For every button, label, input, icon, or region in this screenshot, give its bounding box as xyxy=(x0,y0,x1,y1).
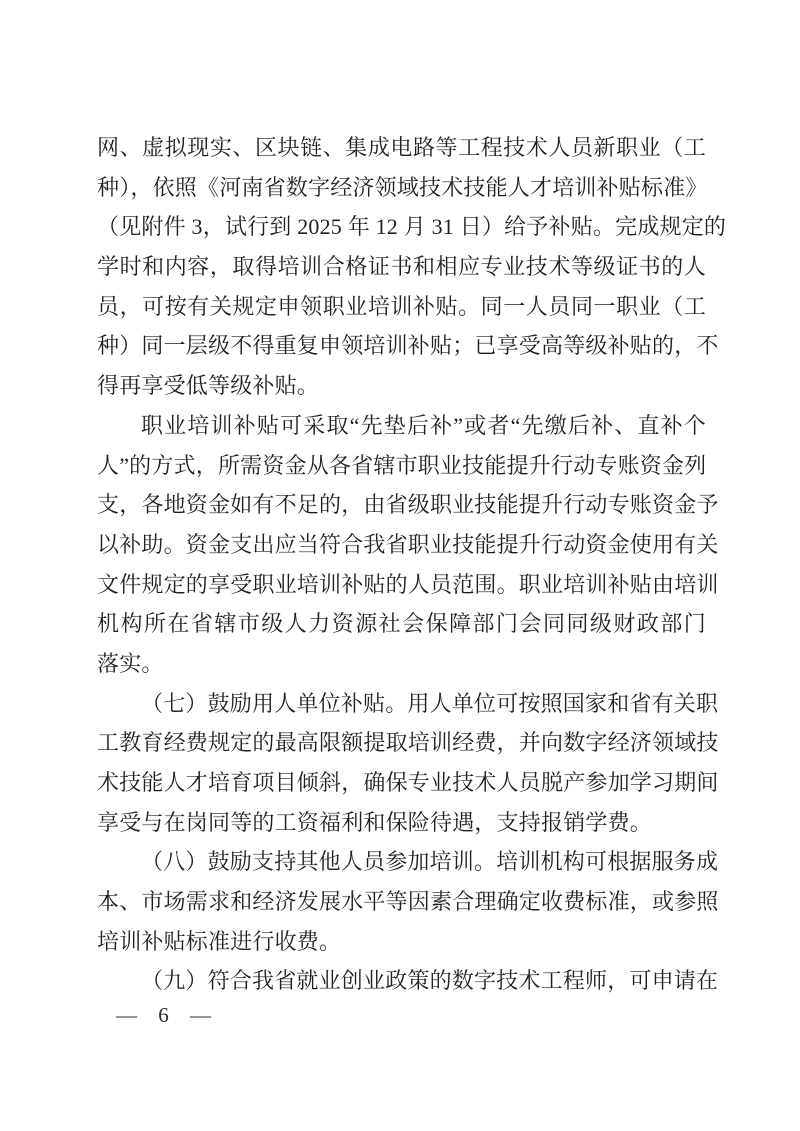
text-line: 本、市场需求和经济发展水平等因素合理确定收费标准，或参照 xyxy=(97,882,706,922)
text-line: 术技能人才培育项目倾斜，确保专业技术人员脱产参加学习期间 xyxy=(97,763,706,803)
paragraph: 网、虚拟现实、区块链、集成电路等工程技术人员新职业（工 种），依照《河南省数字经… xyxy=(97,128,706,406)
text-line: 文件规定的享受职业培训补贴的人员范围。职业培训补贴由培训 xyxy=(97,565,706,605)
page-number: — 6 — xyxy=(116,1002,213,1028)
text-line: 以补助。资金支出应当符合我省职业技能提升行动资金使用有关 xyxy=(97,525,706,565)
document-body: 网、虚拟现实、区块链、集成电路等工程技术人员新职业（工 种），依照《河南省数字经… xyxy=(97,128,706,1001)
text-line: （八）鼓励支持其他人员参加培训。培训机构可根据服务成 xyxy=(97,842,706,882)
text-line: （九）符合我省就业创业政策的数字技术工程师，可申请在 xyxy=(97,961,706,1001)
text-line: 种），依照《河南省数字经济领域技术技能人才培训补贴标准》 xyxy=(97,168,706,208)
text-line: 培训补贴标准进行收费。 xyxy=(97,922,706,962)
text-line: （见附件 3，试行到 2025 年 12 月 31 日）给予补贴。完成规定的 xyxy=(97,207,706,247)
text-line: （七）鼓励用人单位补贴。用人单位可按照国家和省有关职 xyxy=(97,684,706,724)
text-line: 员，可按有关规定申领职业培训补贴。同一人员同一职业（工 xyxy=(97,287,706,327)
paragraph: （七）鼓励用人单位补贴。用人单位可按照国家和省有关职 工教育经费规定的最高限额提… xyxy=(97,684,706,843)
paragraph: （八）鼓励支持其他人员参加培训。培训机构可根据服务成 本、市场需求和经济发展水平… xyxy=(97,842,706,961)
paragraph: （九）符合我省就业创业政策的数字技术工程师，可申请在 xyxy=(97,961,706,1001)
text-line: 种）同一层级不得重复申领培训补贴；已享受高等级补贴的，不 xyxy=(97,326,706,366)
text-line: 工教育经费规定的最高限额提取培训经费，并向数字经济领域技 xyxy=(97,723,706,763)
text-line: 网、虚拟现实、区块链、集成电路等工程技术人员新职业（工 xyxy=(97,128,706,168)
paragraph: 职业培训补贴可采取“先垫后补”或者“先缴后补、直补个 人”的方式，所需资金从各省… xyxy=(97,406,706,684)
text-line: 学时和内容，取得培训合格证书和相应专业技术等级证书的人 xyxy=(97,247,706,287)
text-line: 支，各地资金如有不足的，由省级职业技能提升行动专账资金予 xyxy=(97,485,706,525)
document-page: 网、虚拟现实、区块链、集成电路等工程技术人员新职业（工 种），依照《河南省数字经… xyxy=(0,0,800,1131)
text-line: 机构所在省辖市级人力资源社会保障部门会同同级财政部门 xyxy=(97,604,706,644)
text-line: 得再享受低等级补贴。 xyxy=(97,366,706,406)
text-line: 落实。 xyxy=(97,644,706,684)
text-line: 人”的方式，所需资金从各省辖市职业技能提升行动专账资金列 xyxy=(97,446,706,486)
text-line: 享受与在岗同等的工资福利和保险待遇，支持报销学费。 xyxy=(97,803,706,843)
text-line: 职业培训补贴可采取“先垫后补”或者“先缴后补、直补个 xyxy=(97,406,706,446)
